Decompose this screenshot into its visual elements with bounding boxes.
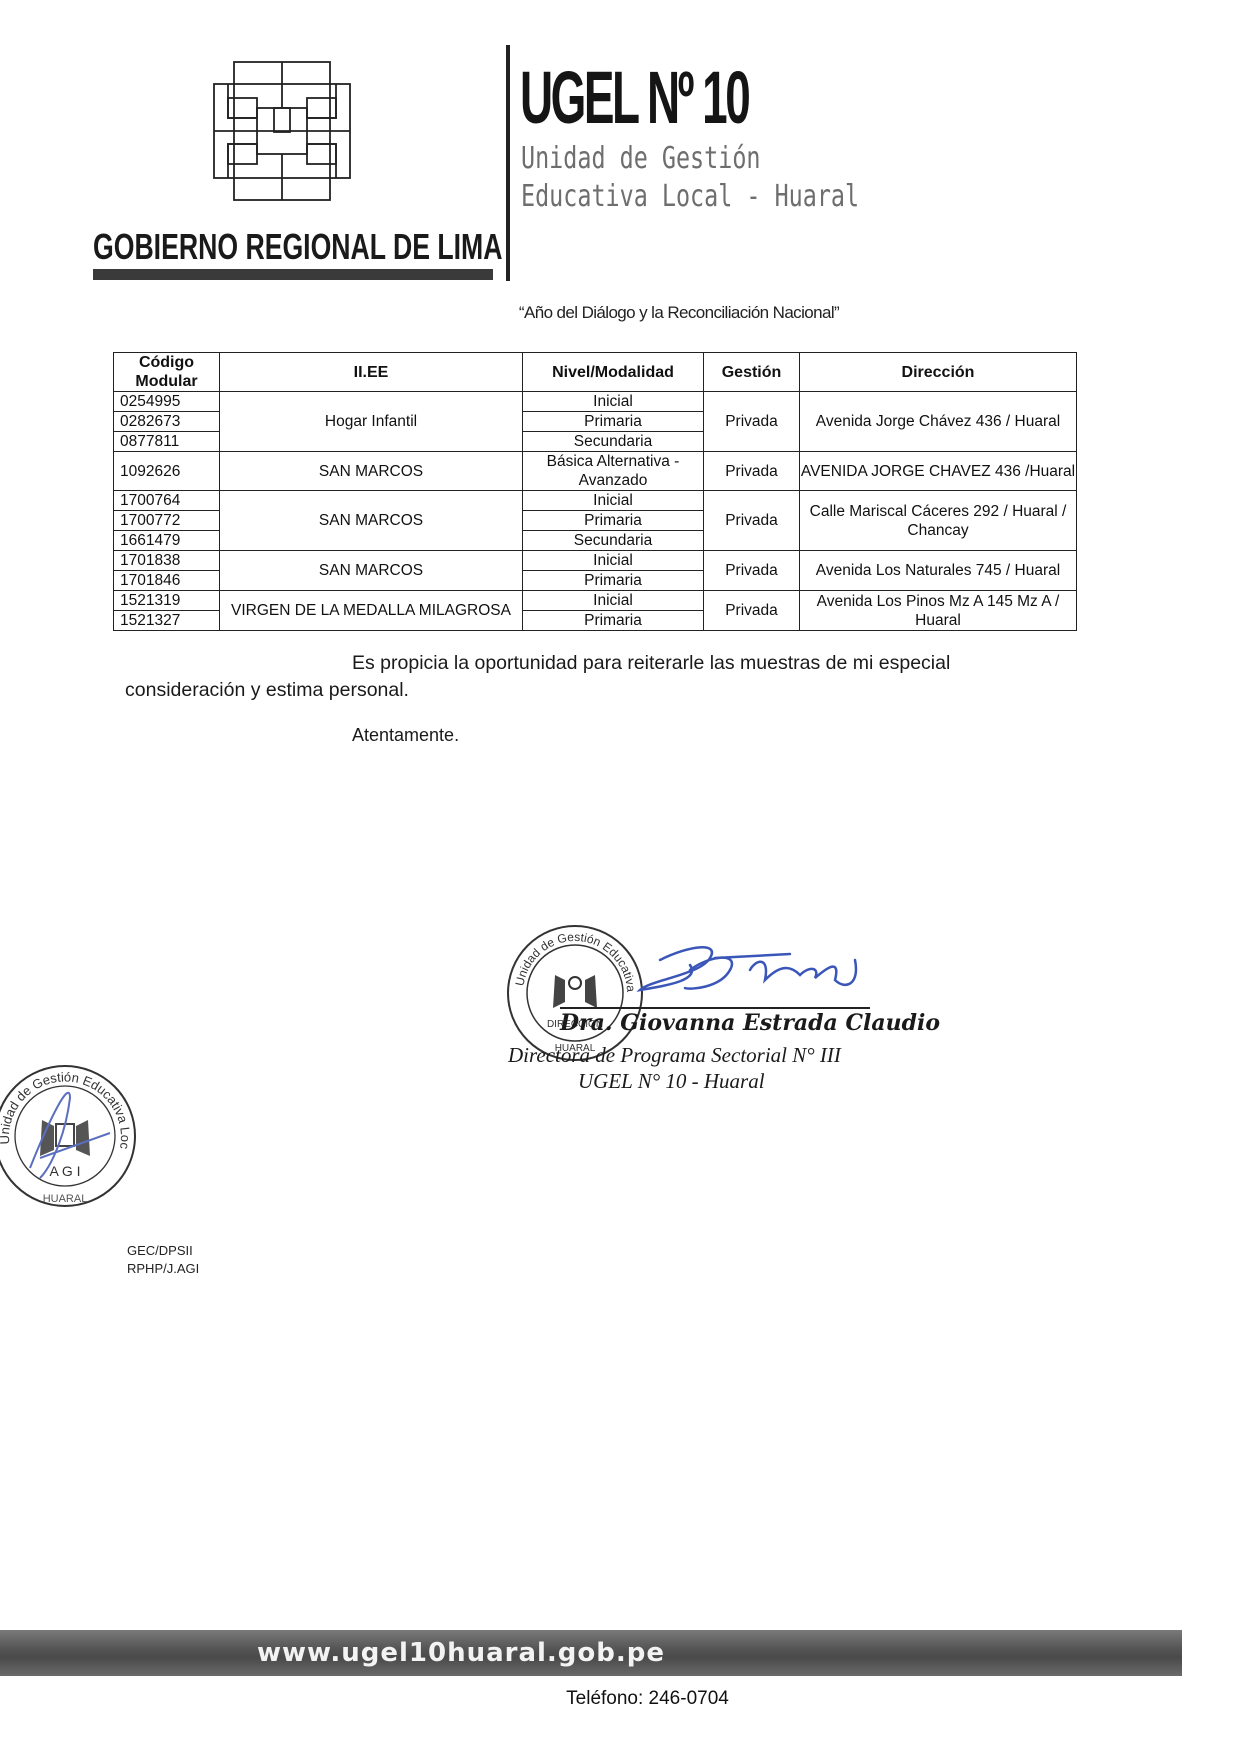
cell-institution-name: SAN MARCOS xyxy=(220,452,523,491)
cell-institution-name: VIRGEN DE LA MEDALLA MILAGROSA xyxy=(220,591,523,631)
cell-codigo-modular: 1521327 xyxy=(114,611,220,631)
cell-direccion: Avenida Jorge Chávez 436 / Huaral xyxy=(800,392,1077,452)
reference-initials-2: RPHP/J.AGI xyxy=(127,1261,199,1276)
cell-nivel-modalidad: Primaria xyxy=(523,511,704,531)
cell-nivel-modalidad: Básica Alternativa - Avanzado xyxy=(523,452,704,491)
cell-institution-name: Hogar Infantil xyxy=(220,392,523,452)
cell-gestion: Privada xyxy=(704,551,800,591)
table-header-row: Código Modular II.EE Nivel/Modalidad Ges… xyxy=(114,353,1077,392)
closing-paragraph: Es propicia la oportunidad para reiterar… xyxy=(125,650,1025,704)
org-subtitle-line1: Unidad de Gestión xyxy=(521,142,760,176)
svg-text:A G I: A G I xyxy=(49,1163,80,1179)
table-row: 1092626SAN MARCOSBásica Alternativa - Av… xyxy=(114,452,1077,491)
cell-nivel-modalidad: Inicial xyxy=(523,491,704,511)
cell-codigo-modular: 0282673 xyxy=(114,412,220,432)
cell-gestion: Privada xyxy=(704,392,800,452)
handwritten-signature-icon xyxy=(630,940,870,1010)
cell-codigo-modular: 1700772 xyxy=(114,511,220,531)
signature-line xyxy=(560,1007,870,1009)
reference-initials-1: GEC/DPSII xyxy=(127,1243,193,1258)
table-row: 0254995Hogar InfantilInicialPrivadaAveni… xyxy=(114,392,1077,412)
cell-nivel-modalidad: Inicial xyxy=(523,392,704,412)
header-divider xyxy=(506,45,510,281)
official-seal-icon: Unidad de Gestión Educativa Local N° DIR… xyxy=(505,923,645,1063)
cell-gestion: Privada xyxy=(704,491,800,551)
footer-website-link[interactable]: www.ugel10huaral.gob.pe xyxy=(0,1630,1182,1676)
gobierno-regional-lima-logo-icon xyxy=(212,60,352,202)
cell-gestion: Privada xyxy=(704,591,800,631)
cell-codigo-modular: 1661479 xyxy=(114,531,220,551)
org-subtitle-line2: Educativa Local - Huaral xyxy=(521,180,859,214)
cell-codigo-modular: 1092626 xyxy=(114,452,220,491)
signatory-name: Dra. Giovanna Estrada Claudio xyxy=(560,1010,940,1036)
cell-gestion: Privada xyxy=(704,452,800,491)
cell-direccion: AVENIDA JORGE CHAVEZ 436 /Huaral xyxy=(800,452,1077,491)
closing-salutation: Atentamente. xyxy=(352,725,459,746)
government-title: GOBIERNO REGIONAL DE LIMA xyxy=(93,228,502,266)
cell-codigo-modular: 0254995 xyxy=(114,392,220,412)
svg-text:HUARAL: HUARAL xyxy=(43,1193,88,1205)
cell-nivel-modalidad: Inicial xyxy=(523,551,704,571)
table-body: 0254995Hogar InfantilInicialPrivadaAveni… xyxy=(114,392,1077,631)
header-direccion: Dirección xyxy=(800,353,1077,392)
cell-codigo-modular: 1701838 xyxy=(114,551,220,571)
cell-institution-name: SAN MARCOS xyxy=(220,551,523,591)
year-slogan: “Año del Diálogo y la Reconciliación Nac… xyxy=(0,303,1240,323)
cell-nivel-modalidad: Primaria xyxy=(523,412,704,432)
cell-codigo-modular: 1700764 xyxy=(114,491,220,511)
government-underline xyxy=(93,269,493,280)
org-title: UGEL Nº 10 xyxy=(520,58,748,138)
cell-direccion: Avenida Los Naturales 745 / Huaral xyxy=(800,551,1077,591)
institutions-table: Código Modular II.EE Nivel/Modalidad Ges… xyxy=(113,352,1077,631)
signatory-role: Directora de Programa Sectorial N° III xyxy=(508,1043,841,1068)
table-row: 1521319VIRGEN DE LA MEDALLA MILAGROSAIni… xyxy=(114,591,1077,611)
cell-nivel-modalidad: Primaria xyxy=(523,611,704,631)
cell-nivel-modalidad: Primaria xyxy=(523,571,704,591)
cell-codigo-modular: 0877811 xyxy=(114,432,220,452)
cell-direccion: Avenida Los Pinos Mz A 145 Mz A / Huaral xyxy=(800,591,1077,631)
cell-institution-name: SAN MARCOS xyxy=(220,491,523,551)
cell-nivel-modalidad: Secundaria xyxy=(523,531,704,551)
cell-direccion: Calle Mariscal Cáceres 292 / Huaral / Ch… xyxy=(800,491,1077,551)
cell-nivel-modalidad: Inicial xyxy=(523,591,704,611)
cell-codigo-modular: 1521319 xyxy=(114,591,220,611)
cell-nivel-modalidad: Secundaria xyxy=(523,432,704,452)
footer-phone: Teléfono: 246-0704 xyxy=(0,1688,1240,1710)
header-nivel: Nivel/Modalidad xyxy=(523,353,704,392)
signatory-organization: UGEL N° 10 - Huaral xyxy=(578,1069,765,1094)
header-iiee: II.EE xyxy=(220,353,523,392)
header-gestion: Gestión xyxy=(704,353,800,392)
header-codigo: Código Modular xyxy=(114,353,220,392)
cell-codigo-modular: 1701846 xyxy=(114,571,220,591)
table-row: 1700764SAN MARCOSInicialPrivadaCalle Mar… xyxy=(114,491,1077,511)
table-row: 1701838SAN MARCOSInicialPrivadaAvenida L… xyxy=(114,551,1077,571)
margin-seal-icon: Unidad de Gestión Educativa Local N° 10 … xyxy=(0,1058,140,1213)
svg-text:Unidad de Gestión Educativa Lo: Unidad de Gestión Educativa Local N° 10 xyxy=(0,1058,133,1151)
svg-text:Unidad de Gestión Educativa Lo: Unidad de Gestión Educativa Local N° xyxy=(505,923,638,993)
